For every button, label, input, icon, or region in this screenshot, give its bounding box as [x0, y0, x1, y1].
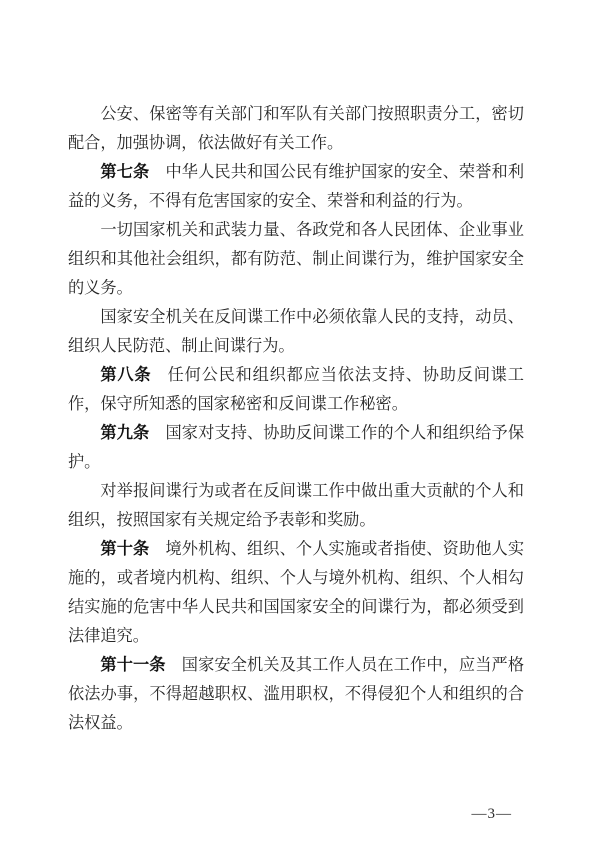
article-number: 第七条	[100, 163, 149, 181]
paragraph: 第十一条国家安全机关及其工作人员在工作中，应当严格依法办事，不得超越职权、滥用职…	[68, 651, 524, 738]
paragraph-text: 国家安全机关在反间谍工作中必须依靠人民的支持，动员、组织人民防范、制止间谍行为。	[68, 308, 524, 355]
document-page: 公安、保密等有关部门和军队有关部门按照职责分工，密切配合，加强协调，依法做好有关…	[0, 0, 600, 848]
paragraph: 对举报间谍行为或者在反间谍工作中做出重大贡献的个人和组织，按照国家有关规定给予表…	[68, 477, 524, 535]
paragraph-text: 对举报间谍行为或者在反间谍工作中做出重大贡献的个人和组织，按照国家有关规定给予表…	[68, 482, 524, 529]
article-number: 第十一条	[100, 656, 165, 674]
paragraph: 第八条任何公民和组织都应当依法支持、协助反间谍工作，保守所知悉的国家秘密和反间谍…	[68, 361, 524, 419]
paragraph-text: 一切国家机关和武装力量、各政党和各人民团体、企业事业组织和其他社会组织，都有防范…	[68, 221, 524, 297]
paragraph: 公安、保密等有关部门和军队有关部门按照职责分工，密切配合，加强协调，依法做好有关…	[68, 100, 524, 158]
article-number: 第九条	[100, 424, 149, 442]
page-number: —3—	[472, 806, 513, 823]
article-number: 第八条	[100, 366, 151, 384]
paragraph: 国家安全机关在反间谍工作中必须依靠人民的支持，动员、组织人民防范、制止间谍行为。	[68, 303, 524, 361]
paragraph: 一切国家机关和武装力量、各政党和各人民团体、企业事业组织和其他社会组织，都有防范…	[68, 216, 524, 303]
paragraph: 第七条中华人民共和国公民有维护国家的安全、荣誉和利益的义务，不得有危害国家的安全…	[68, 158, 524, 216]
article-number: 第十条	[100, 540, 149, 558]
paragraph-text: 公安、保密等有关部门和军队有关部门按照职责分工，密切配合，加强协调，依法做好有关…	[68, 105, 524, 152]
paragraph: 第十条境外机构、组织、个人实施或者指使、资助他人实施的，或者境内机构、组织、个人…	[68, 535, 524, 651]
document-body: 公安、保密等有关部门和军队有关部门按照职责分工，密切配合，加强协调，依法做好有关…	[68, 100, 524, 738]
paragraph: 第九条国家对支持、协助反间谍工作的个人和组织给予保护。	[68, 419, 524, 477]
